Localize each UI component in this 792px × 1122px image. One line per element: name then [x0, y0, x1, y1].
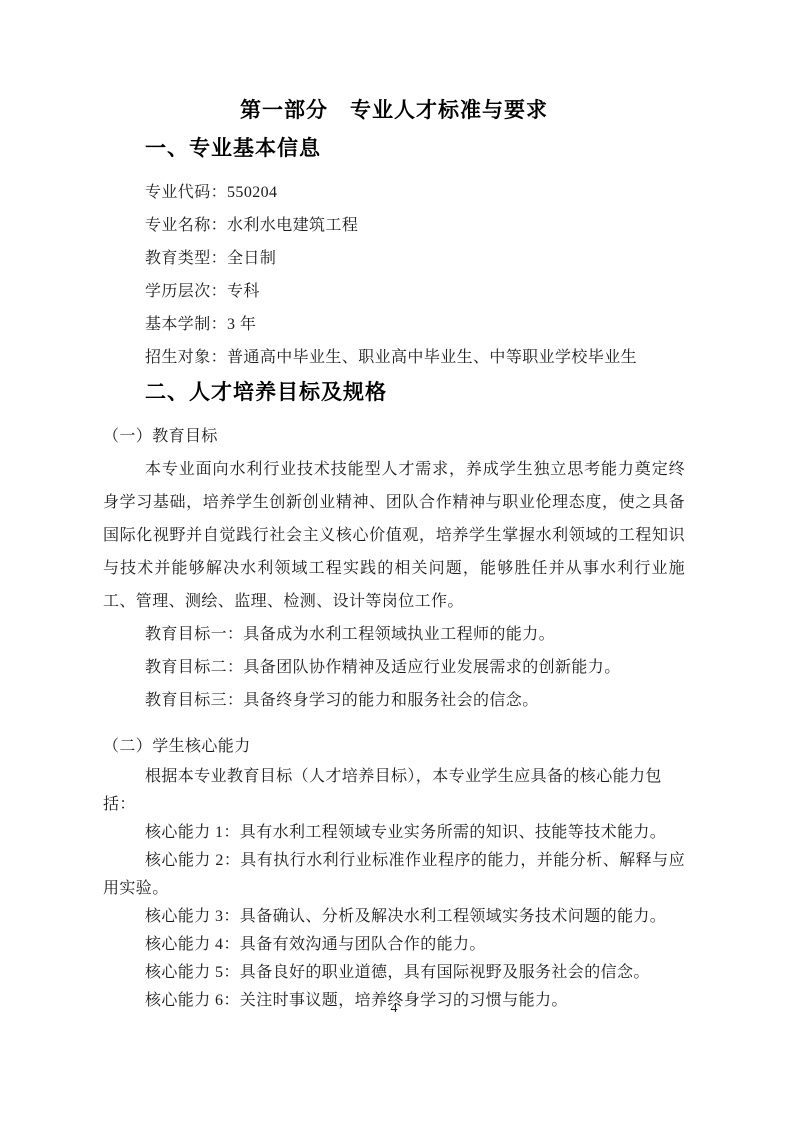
field-major-code: 专业代码：550204 [103, 176, 685, 209]
core-abilities-intro: 根据本专业教育目标（人才培养目标），本专业学生应具备的核心能力包括： [103, 763, 685, 819]
core-abilities-list: 根据本专业教育目标（人才培养目标），本专业学生应具备的核心能力包括： 核心能力 … [103, 763, 685, 1015]
core-ability-item-3: 核心能力 3：具备确认、分析及解决水利工程领域实务技术问题的能力。 [103, 903, 685, 931]
field-major-code-label: 专业代码： [145, 184, 227, 201]
education-goal-item-2: 教育目标二：具备团队协作精神及适应行业发展需求的创新能力。 [103, 651, 685, 684]
field-enrollment-target-value: 普通高中毕业生、职业高中毕业生、中等职业学校毕业生 [227, 349, 637, 366]
field-education-level: 学历层次：专科 [103, 275, 685, 308]
field-education-type-label: 教育类型： [145, 250, 227, 267]
core-ability-item-2: 核心能力 2：具有执行水利行业标准作业程序的能力，并能分析、解释与应用实验。 [103, 847, 685, 903]
field-study-duration-label: 基本学制： [145, 316, 227, 333]
field-major-name-value: 水利水电建筑工程 [227, 217, 358, 234]
education-goal-item-3: 教育目标三：具备终身学习的能力和服务社会的信念。 [103, 684, 685, 717]
field-major-name: 专业名称：水利水电建筑工程 [103, 209, 685, 242]
document-page: 第一部分 专业人才标准与要求 一、专业基本信息 专业代码：550204 专业名称… [0, 0, 792, 1122]
page-number: 4 [103, 1000, 685, 1018]
field-study-duration-value: 3 年 [227, 316, 256, 333]
section-heading-basic-info: 一、专业基本信息 [103, 134, 685, 164]
education-goal-item-1: 教育目标一：具备成为水利工程领域执业工程师的能力。 [103, 618, 685, 651]
field-enrollment-target: 招生对象：普通高中毕业生、职业高中毕业生、中等职业学校毕业生 [103, 341, 685, 374]
education-goals-paragraph: 本专业面向水利行业技术技能型人才需求，养成学生独立思考能力奠定终身学习基础，培养… [103, 453, 685, 618]
field-major-name-label: 专业名称： [145, 217, 227, 234]
field-education-level-value: 专科 [227, 283, 260, 300]
section-heading-training-goals: 二、人才培养目标及规格 [103, 378, 685, 408]
page-content: 第一部分 专业人才标准与要求 一、专业基本信息 专业代码：550204 专业名称… [103, 0, 685, 1015]
subsection-heading-education-goals: （一）教育目标 [103, 420, 685, 453]
core-ability-item-1: 核心能力 1：具有水利工程领域专业实务所需的知识、技能等技术能力。 [103, 819, 685, 847]
core-ability-item-4: 核心能力 4：具备有效沟通与团队合作的能力。 [103, 931, 685, 959]
field-education-level-label: 学历层次： [145, 283, 227, 300]
core-ability-item-5: 核心能力 5：具备良好的职业道德，具有国际视野及服务社会的信念。 [103, 959, 685, 987]
field-education-type-value: 全日制 [227, 250, 276, 267]
field-study-duration: 基本学制：3 年 [103, 308, 685, 341]
field-major-code-value: 550204 [227, 184, 277, 201]
field-education-type: 教育类型：全日制 [103, 242, 685, 275]
subsection-heading-core-abilities: （二）学生核心能力 [103, 730, 685, 763]
field-enrollment-target-label: 招生对象： [145, 349, 227, 366]
document-title: 第一部分 专业人才标准与要求 [103, 96, 685, 126]
